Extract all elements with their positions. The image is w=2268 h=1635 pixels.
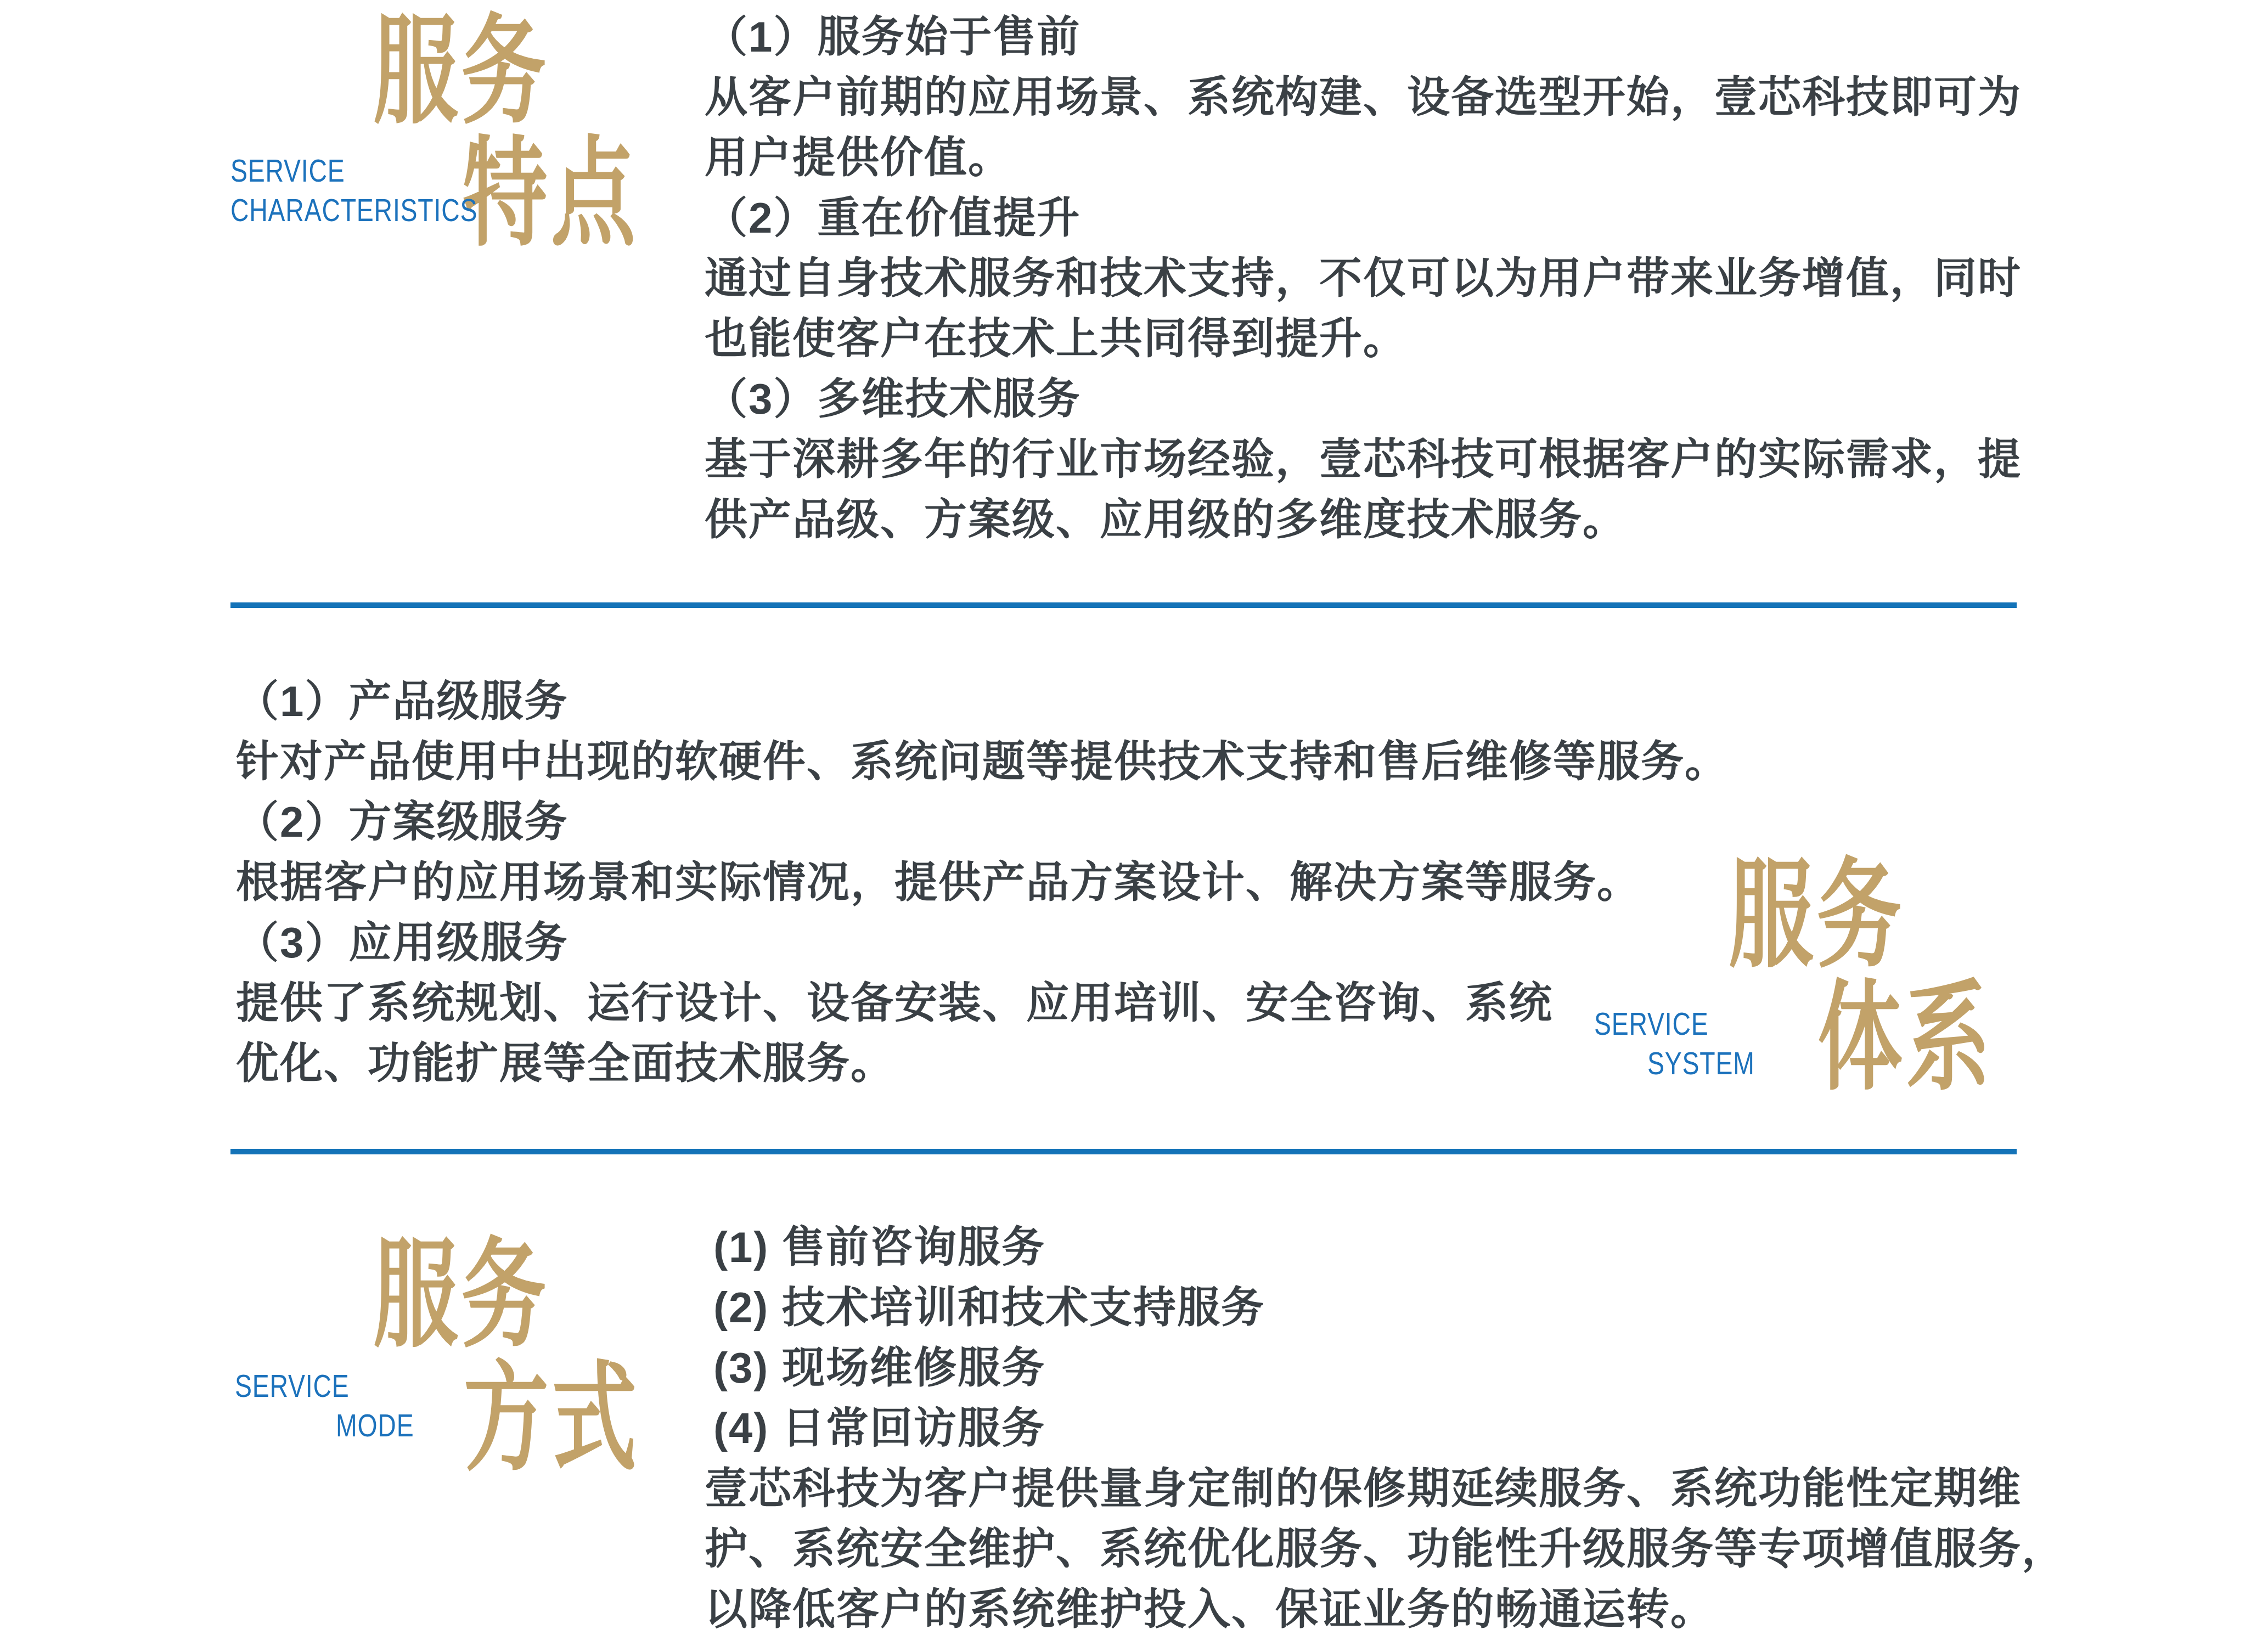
divider-line-2 (230, 1149, 2017, 1154)
body-line: （3）多维技术服务 (705, 369, 2022, 429)
body-line: 针对产品使用中出现的软硬件、系统问题等提供技术支持和售后维修等服务。 (236, 731, 1729, 792)
body-line: 供产品级、方案级、应用级的多维度技术服务。 (705, 489, 2022, 550)
section3-title-en-line1: SERVICE (235, 1371, 349, 1402)
body-line: 根据客户的应用场景和实际情况，提供产品方案设计、解决方案等服务。 (236, 852, 1729, 912)
body-line: 也能使客户在技术上共同得到提升。 (705, 308, 2022, 369)
section1-body-text: （1）服务始于售前 从客户前期的应用场景、系统构建、设备选型开始，壹芯科技即可为… (705, 7, 2022, 550)
section1-title-en-line2: CHARACTERISTICS (230, 195, 477, 227)
section2-title-cn-line2: 体系 (1817, 978, 1994, 1096)
body-line: 用户提供价值。 (705, 127, 2022, 188)
body-line: 提供了系统规划、运行设计、设备安装、应用培训、安全咨询、系统 (236, 973, 1729, 1033)
section3-title-en-line2: MODE (336, 1410, 414, 1442)
body-line: 优化、功能扩展等全面技术服务。 (236, 1033, 1729, 1093)
section1-title-cn-line2: 特点 (463, 134, 639, 252)
section3-title-cn-line1: 服务 (373, 1236, 549, 1354)
body-line: 以降低客户的系统维护投入、保证业务的畅通运转。 (705, 1579, 2066, 1635)
divider-line-1 (230, 602, 2017, 608)
section1-title-en-line1: SERVICE (230, 155, 345, 187)
body-line: （1）产品级服务 (236, 671, 1729, 731)
body-line: 护、系统安全维护、系统优化服务、功能性升级服务等专项增值服务， (705, 1519, 2066, 1579)
list-item: (2) 技术培训和技术支持服务 (713, 1277, 1265, 1338)
brochure-page: 服务 特点 SERVICE CHARACTERISTICS （1）服务始于售前 … (0, 0, 2268, 1635)
body-line: 从客户前期的应用场景、系统构建、设备选型开始，壹芯科技即可为 (705, 67, 2022, 127)
body-line: （2）方案级服务 (236, 792, 1729, 852)
section3-title-cn-line2: 方式 (464, 1359, 640, 1477)
section2-title-cn-line1: 服务 (1729, 856, 1905, 974)
section3-service-list: (1) 售前咨询服务 (2) 技术培训和技术支持服务 (3) 现场维修服务 (4… (713, 1217, 1265, 1458)
list-item: (1) 售前咨询服务 (713, 1217, 1265, 1277)
body-line: 通过自身技术服务和技术支持，不仅可以为用户带来业务增值，同时 (705, 248, 2022, 308)
body-line: （2）重在价值提升 (705, 188, 2022, 248)
section2-body-text: （1）产品级服务 针对产品使用中出现的软硬件、系统问题等提供技术支持和售后维修等… (236, 671, 1729, 1093)
section2-title-en-line1: SERVICE (1594, 1008, 1708, 1040)
section2-title-en-line2: SYSTEM (1647, 1048, 1755, 1080)
body-line: 基于深耕多年的行业市场经验，壹芯科技可根据客户的实际需求，提 (705, 429, 2022, 489)
list-item: (4) 日常回访服务 (713, 1398, 1265, 1458)
list-item: (3) 现场维修服务 (713, 1338, 1265, 1398)
body-line: （3）应用级服务 (236, 912, 1729, 973)
body-line: （1）服务始于售前 (705, 7, 2022, 67)
body-line: 壹芯科技为客户提供量身定制的保修期延续服务、系统功能性定期维 (705, 1458, 2066, 1519)
section3-body-text: 壹芯科技为客户提供量身定制的保修期延续服务、系统功能性定期维 护、系统安全维护、… (705, 1458, 2066, 1635)
section1-title-cn-line1: 服务 (373, 12, 549, 130)
